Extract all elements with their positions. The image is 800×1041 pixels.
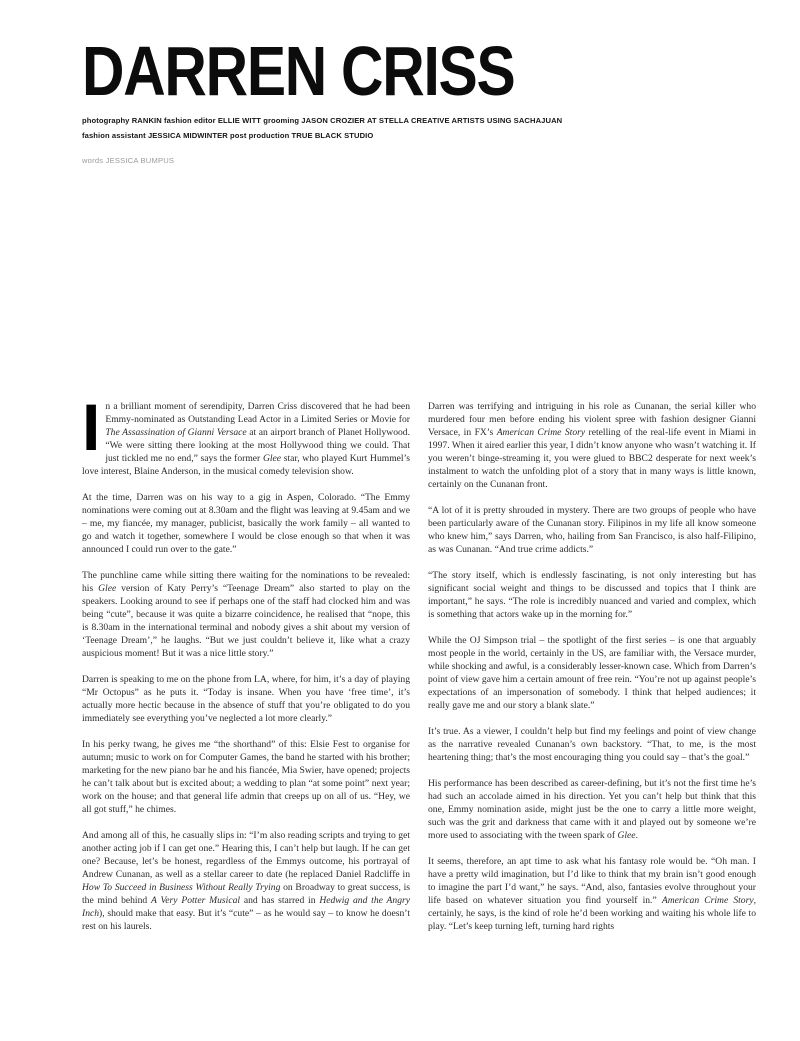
- text-segment: At the time, Darren was on his way to a …: [82, 492, 410, 555]
- text-segment: His performance has been described as ca…: [428, 778, 756, 841]
- article-body: In a brilliant moment of serendipity, Da…: [82, 400, 756, 946]
- credits-block: photography RANKIN fashion editor ELLIE …: [82, 113, 762, 143]
- paragraph: In a brilliant moment of serendipity, Da…: [82, 400, 410, 478]
- magazine-page: DARREN CRISS photography RANKIN fashion …: [0, 0, 800, 1041]
- paragraph: His performance has been described as ca…: [428, 777, 756, 842]
- italic-text-segment: How To Succeed in Business Without Reall…: [82, 882, 280, 893]
- paragraph: In his perky twang, he gives me “the sho…: [82, 738, 410, 816]
- byline: words JESSICA BUMPUS: [82, 156, 762, 165]
- paragraph: And among all of this, he casually slips…: [82, 829, 410, 933]
- italic-text-segment: American Crime Story: [662, 895, 754, 906]
- text-segment: version of Katy Perry’s “Teenage Dream” …: [82, 583, 410, 659]
- text-segment: and has starred in: [240, 895, 319, 906]
- page-title: DARREN CRISS: [82, 36, 653, 106]
- text-segment: “A lot of it is pretty shrouded in myste…: [428, 505, 756, 555]
- paragraph: Darren was terrifying and intriguing in …: [428, 400, 756, 491]
- italic-text-segment: American Crime Story: [497, 427, 585, 438]
- credits-line-1: photography RANKIN fashion editor ELLIE …: [82, 113, 762, 128]
- paragraph: It seems, therefore, an apt time to ask …: [428, 855, 756, 933]
- credits-line-2: fashion assistant JESSICA MIDWINTER post…: [82, 128, 762, 143]
- paragraph: The punchline came while sitting there w…: [82, 569, 410, 660]
- text-segment: ), should make that easy. But it’s “cute…: [82, 908, 410, 932]
- italic-text-segment: Glee: [98, 583, 116, 594]
- text-segment: Darren is speaking to me on the phone fr…: [82, 674, 410, 724]
- italic-text-segment: A Very Potter Musical: [151, 895, 240, 906]
- text-segment: In his perky twang, he gives me “the sho…: [82, 739, 410, 815]
- text-segment: .: [636, 830, 638, 841]
- drop-cap: I: [82, 402, 98, 453]
- italic-text-segment: The Assassination of Gianni Versace: [105, 427, 246, 438]
- text-segment: It’s true. As a viewer, I couldn’t help …: [428, 726, 756, 763]
- paragraph: At the time, Darren was on his way to a …: [82, 491, 410, 556]
- paragraph: Darren is speaking to me on the phone fr…: [82, 673, 410, 725]
- italic-text-segment: Glee: [263, 453, 281, 464]
- left-column: In a brilliant moment of serendipity, Da…: [82, 400, 410, 946]
- text-segment: And among all of this, he casually slips…: [82, 830, 410, 880]
- text-segment: While the OJ Simpson trial – the spotlig…: [428, 635, 756, 711]
- text-segment: n a brilliant moment of serendipity, Dar…: [105, 401, 410, 425]
- paragraph: “A lot of it is pretty shrouded in myste…: [428, 504, 756, 556]
- paragraph: It’s true. As a viewer, I couldn’t help …: [428, 725, 756, 764]
- italic-text-segment: Glee: [617, 830, 635, 841]
- text-segment: “The story itself, which is endlessly fa…: [428, 570, 756, 620]
- paragraph: While the OJ Simpson trial – the spotlig…: [428, 634, 756, 712]
- paragraph: “The story itself, which is endlessly fa…: [428, 569, 756, 621]
- right-column: Darren was terrifying and intriguing in …: [428, 400, 756, 946]
- article-header: DARREN CRISS photography RANKIN fashion …: [82, 36, 762, 165]
